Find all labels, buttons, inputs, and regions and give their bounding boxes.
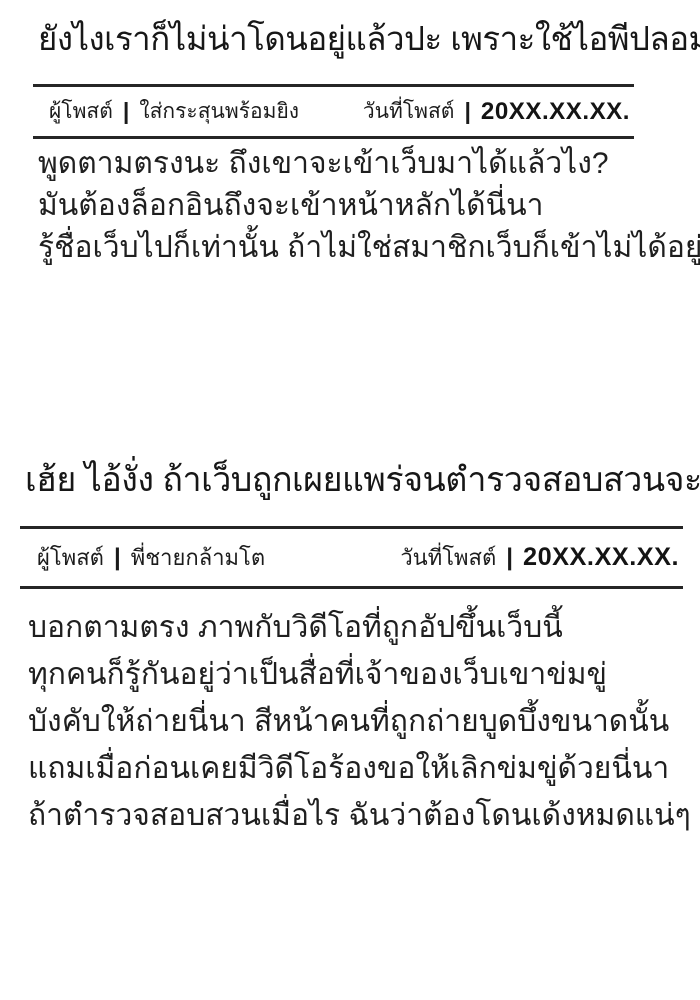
body-line: พูดตามตรงนะ ถึงเขาจะเข้าเว็บมาได้แล้วไง? <box>38 143 700 185</box>
poster-name: พี่ชายกล้ามโต <box>131 540 265 575</box>
date-value: 20XX.XX.XX. <box>481 98 630 126</box>
date-value: 20XX.XX.XX. <box>523 543 679 572</box>
poster-name: ใส่กระสุนพร้อมยิง <box>139 95 299 128</box>
forum-thread-page: ยังไงเราก็ไม่น่าโดนอยู่แล้วปะ เพราะใช้ไอ… <box>0 0 700 1000</box>
body-line: บังคับให้ถ่ายนี่นา สีหน้าคนที่ถูกถ่ายบูด… <box>28 698 691 745</box>
separator-bar: | <box>506 544 513 572</box>
poster-label: ผู้โพสต์ <box>49 95 113 128</box>
date-label: วันที่โพสต์ <box>400 540 496 575</box>
post-body: พูดตามตรงนะ ถึงเขาจะเข้าเว็บมาได้แล้วไง?… <box>38 143 700 269</box>
post-meta-bar: ผู้โพสต์ | พี่ชายกล้ามโต วันที่โพสต์ | 2… <box>20 526 683 589</box>
poster-info: ผู้โพสต์ | พี่ชายกล้ามโต <box>37 540 265 575</box>
post-title: ยังไงเราก็ไม่น่าโดนอยู่แล้วปะ เพราะใช้ไอ… <box>38 12 700 65</box>
body-line: ถ้าตำรวจสอบสวนเมื่อไร ฉันว่าต้องโดนเด้งห… <box>28 792 691 839</box>
date-info: วันที่โพสต์ | 20XX.XX.XX. <box>400 540 679 575</box>
post-title: เฮ้ย ไอ้งั่ง ถ้าเว็บถูกเผยแพร่จนตำรวจสอบ… <box>25 452 700 506</box>
post-meta-bar: ผู้โพสต์ | ใส่กระสุนพร้อมยิง วันที่โพสต์… <box>33 84 634 139</box>
body-line: รู้ชื่อเว็บไปก็เท่านั้น ถ้าไม่ใช่สมาชิกเ… <box>38 227 700 269</box>
post-body: บอกตามตรง ภาพกับวิดีโอที่ถูกอัปขึ้นเว็บน… <box>28 604 691 839</box>
poster-label: ผู้โพสต์ <box>37 540 104 575</box>
body-line: แถมเมื่อก่อนเคยมีวิดีโอร้องขอให้เลิกข่มข… <box>28 745 691 792</box>
separator-bar: | <box>123 98 129 125</box>
body-line: มันต้องล็อกอินถึงจะเข้าหน้าหลักได้นี่นา <box>38 185 700 227</box>
separator-bar: | <box>114 544 121 572</box>
body-line: บอกตามตรง ภาพกับวิดีโอที่ถูกอัปขึ้นเว็บน… <box>28 604 691 651</box>
poster-info: ผู้โพสต์ | ใส่กระสุนพร้อมยิง <box>49 95 299 128</box>
separator-bar: | <box>464 98 470 125</box>
date-label: วันที่โพสต์ <box>363 95 455 128</box>
body-line: ทุกคนก็รู้กันอยู่ว่าเป็นสื่อที่เจ้าของเว… <box>28 651 691 698</box>
date-info: วันที่โพสต์ | 20XX.XX.XX. <box>363 95 630 128</box>
